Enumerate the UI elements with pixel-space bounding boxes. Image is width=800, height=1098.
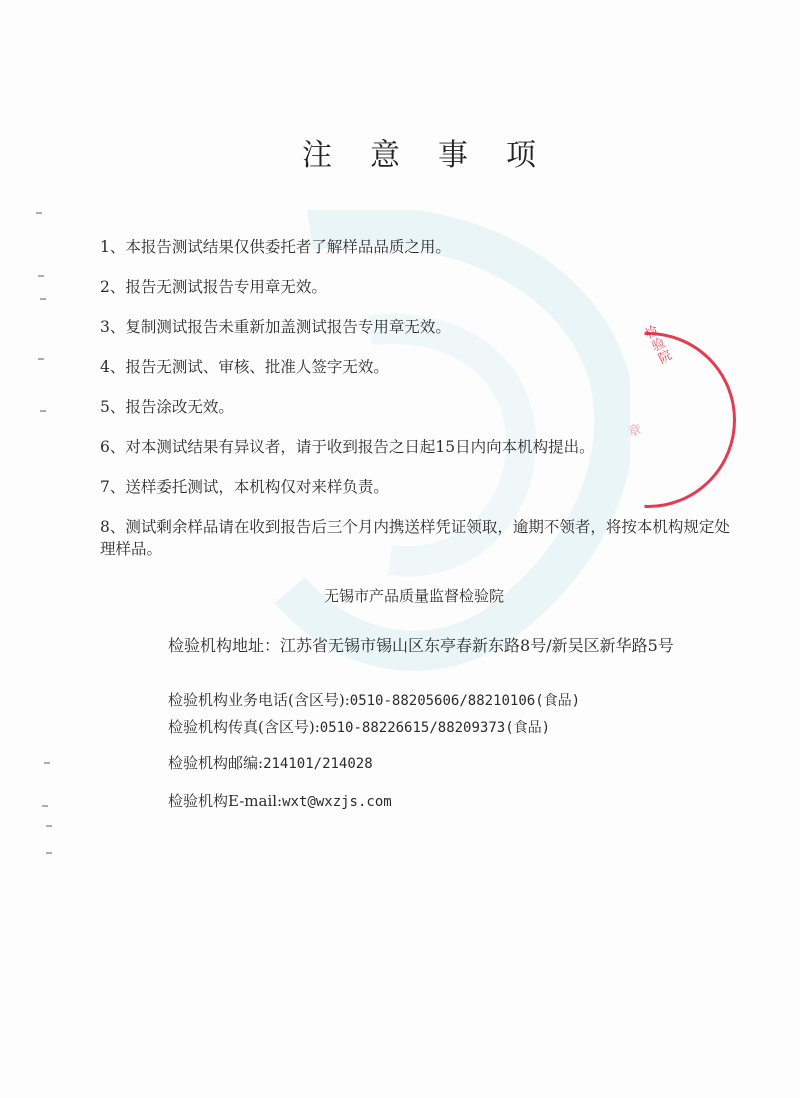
phone-line: 检验机构业务电话(含区号):0510-88205606/88210106(食品) — [168, 689, 580, 710]
zip-value: 214101/214028 — [263, 756, 373, 772]
scan-artifact — [40, 298, 46, 300]
fax-value: 0510-88226615/88209373(食品) — [320, 720, 550, 736]
notice-item-2: 2、报告无测试报告专用章无效。 — [100, 276, 740, 298]
fax-line: 检验机构传真(含区号):0510-88226615/88209373(食品) — [168, 716, 550, 737]
document-page: 注意事项 1、本报告测试结果仅供委托者了解样品品质之用。 2、报告无测试报告专用… — [0, 0, 800, 1098]
scan-artifact — [44, 762, 50, 764]
fax-label: 检验机构传真(含区号): — [168, 718, 320, 736]
scan-artifact — [42, 805, 48, 807]
page-title: 注意事项 — [0, 130, 800, 174]
notice-list: 1、本报告测试结果仅供委托者了解样品品质之用。 2、报告无测试报告专用章无效。 … — [100, 236, 740, 578]
notice-item-7: 7、送样委托测试，本机构仅对来样负责。 — [100, 476, 740, 498]
scan-artifact — [46, 825, 52, 827]
phone-label: 检验机构业务电话(含区号): — [168, 691, 350, 709]
notice-item-5: 5、报告涂改无效。 — [100, 396, 740, 418]
email-label: 检验机构E-mail: — [168, 792, 282, 810]
notice-item-8: 8、测试剩余样品请在收到报告后三个月内携送样凭证领取，逾期不领者，将按本机构规定… — [100, 516, 740, 560]
organization-name: 无锡市产品质量监督检验院 — [0, 585, 800, 606]
scan-artifact — [38, 358, 44, 360]
phone-value: 0510-88205606/88210106(食品) — [350, 693, 580, 709]
scan-artifact — [46, 852, 52, 854]
email-value: wxt@wxzjs.com — [282, 794, 392, 810]
address-value: 江苏省无锡市锡山区东亭春新东路8号/新吴区新华路5号 — [280, 636, 674, 655]
scan-artifact — [36, 212, 42, 214]
address-label: 检验机构地址： — [168, 636, 280, 655]
notice-item-6: 6、对本测试结果有异议者，请于收到报告之日起15日内向本机构提出。 — [100, 436, 740, 458]
scan-artifact — [40, 410, 46, 412]
zip-label: 检验机构邮编: — [168, 754, 263, 772]
notice-item-1: 1、本报告测试结果仅供委托者了解样品品质之用。 — [100, 236, 740, 258]
zip-line: 检验机构邮编:214101/214028 — [168, 752, 373, 773]
address-line: 检验机构地址：江苏省无锡市锡山区东亭春新东路8号/新吴区新华路5号 — [168, 633, 674, 656]
email-line: 检验机构E-mail:wxt@wxzjs.com — [168, 790, 392, 811]
scan-artifact — [38, 275, 44, 277]
